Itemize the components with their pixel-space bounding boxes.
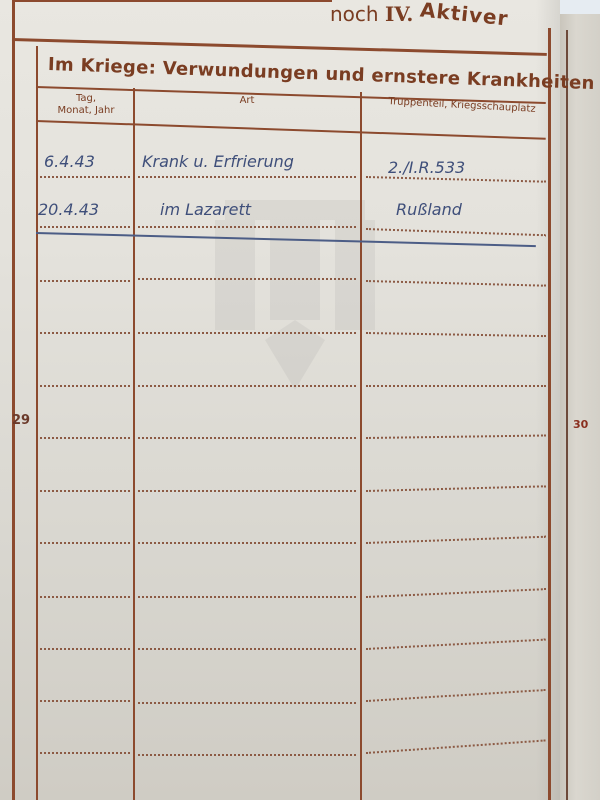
entry-2-art: im Lazarett: [160, 200, 251, 219]
column-divider-2: [360, 92, 362, 800]
document-page: [0, 0, 560, 800]
section-name: Aktiver: [419, 0, 510, 31]
column-header-date: Tag, Monat, Jahr: [40, 93, 132, 117]
column-header-date-line2: Monat, Jahr: [40, 105, 132, 117]
column-header-art: Art: [136, 95, 358, 107]
eagle-watermark-icon: [205, 190, 385, 400]
entry-2-unit: Rußland: [396, 200, 462, 219]
continuation-header: noch IV. Aktiver: [330, 2, 508, 26]
entry-1-date: 6.4.43: [44, 152, 95, 171]
column-header-date-line1: Tag,: [40, 93, 132, 105]
right-page-frame: [566, 30, 568, 800]
column-divider-1: [133, 88, 135, 800]
page-number-right: 30: [573, 418, 588, 431]
header-prefix: noch: [330, 2, 379, 26]
inner-frame-left: [36, 46, 38, 800]
page-number-left: 29: [12, 413, 30, 428]
outer-frame-right: [548, 28, 551, 800]
background-edge: [560, 0, 600, 14]
entry-2-date: 20.4.43: [38, 200, 99, 219]
entry-1-unit: 2./I.R.533: [388, 158, 465, 177]
section-number: IV.: [385, 2, 413, 26]
top-rule: [12, 0, 332, 2]
outer-frame-left: [12, 0, 15, 800]
entry-1-art: Krank u. Erfrierung: [142, 152, 294, 171]
